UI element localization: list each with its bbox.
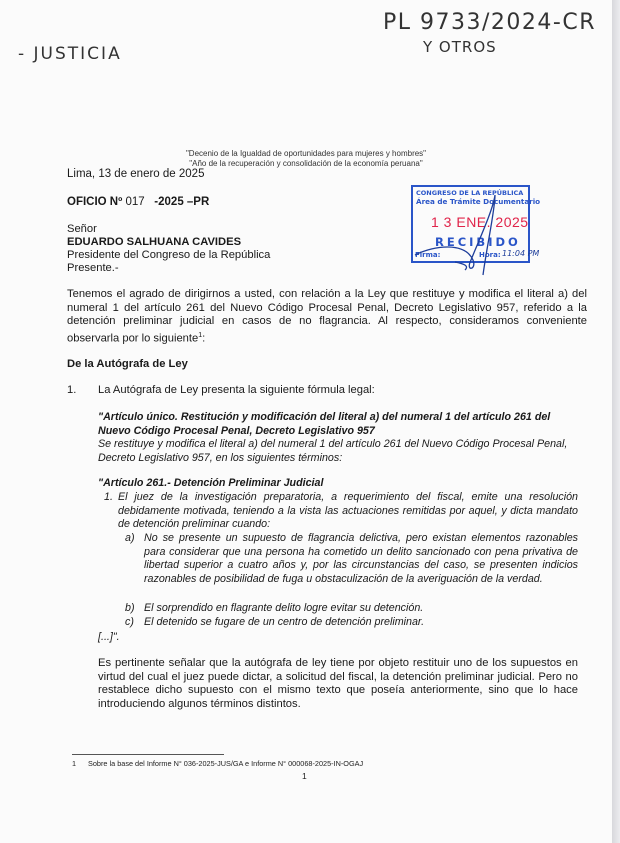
page-edge: [612, 0, 620, 843]
literal-c-text: El detenido se fugare de un centro de de…: [144, 616, 578, 630]
footnote: 1Sobre la base del Informe N° 036-2025-J…: [72, 759, 363, 768]
analysis-paragraph: Es pertinente señalar que la autógrafa d…: [98, 657, 578, 711]
page-number: 1: [302, 771, 307, 781]
stamp-institution: CONGRESO DE LA REPÚBLICA: [416, 189, 523, 197]
oficio-reference: OFICIO Nº 017 -2025 –PR: [67, 196, 209, 209]
quote-intro: Se restituye y modifica el literal a) de…: [98, 438, 578, 465]
stamp-status: RECIBIDO: [435, 235, 521, 249]
oficio-suffix: -2025 –PR: [154, 196, 209, 208]
intro-text: Tenemos el agrado de dirigirnos a usted,…: [67, 288, 587, 344]
footnote-text: Sobre la base del Informe N° 036-2025-JU…: [88, 759, 363, 768]
quote-title: "Artículo único. Restitución y modificac…: [98, 411, 578, 438]
article-item-text: El juez de la investigación preparatoria…: [118, 491, 578, 532]
place-date: Lima, 13 de enero de 2025: [67, 168, 204, 181]
literal-a-text: No se presente un supuesto de flagrancia…: [144, 532, 578, 586]
literal-b-text: El sorprendido en flagrante delito logre…: [144, 602, 578, 616]
recipient-salutation: Señor: [67, 223, 97, 236]
quote-ellipsis: [...]".: [98, 631, 578, 645]
recipient-title: Presidente del Congreso de la República: [67, 249, 270, 262]
stamp-time-label: Hora:: [479, 251, 501, 259]
intro-end: :: [202, 332, 205, 344]
item-number: 1.: [67, 384, 76, 397]
stamp-time-value: 11:04 PM: [502, 249, 539, 258]
intro-paragraph: Tenemos el agrado de dirigirnos a usted,…: [67, 288, 587, 346]
literal-b-label: b): [125, 602, 135, 614]
footnote-number: 1: [72, 759, 88, 768]
oficio-prefix: OFICIO Nº: [67, 196, 122, 208]
handwritten-bill-number: PL 9733/2024-CR: [383, 10, 596, 35]
stamp-area: Área de Trámite Documentario: [416, 197, 540, 206]
stamp-signature-label: Firma:: [415, 251, 440, 259]
item-text: La Autógrafa de Ley presenta la siguient…: [98, 384, 375, 397]
handwritten-and-others: Y OTROS: [423, 38, 497, 56]
literal-a-label: a): [125, 532, 135, 544]
article-item-number: 1.: [104, 491, 113, 503]
recipient-name: EDUARDO SALHUANA CAVIDES: [67, 236, 241, 249]
stamp-date: 1 3 ENE. 2025: [431, 214, 529, 230]
literal-c-label: c): [125, 616, 134, 628]
reception-stamp: CONGRESO DE LA REPÚBLICA Área de Trámite…: [411, 185, 530, 263]
document-page: - JUSTICIA PL 9733/2024-CR Y OTROS "Dece…: [0, 0, 612, 843]
recipient-closing: Presente.-: [67, 262, 119, 275]
section-heading: De la Autógrafa de Ley: [67, 358, 188, 371]
footnote-divider: [72, 754, 224, 755]
handwritten-note-justicia: - JUSTICIA: [18, 44, 122, 64]
official-motto-year: "Año de la recuperación y consolidación …: [0, 159, 612, 168]
oficio-number: 017: [126, 196, 145, 208]
official-motto-decade: "Decenio de la Igualdad de oportunidades…: [0, 149, 612, 158]
article-title: "Artículo 261.- Detención Preliminar Jud…: [98, 477, 578, 491]
